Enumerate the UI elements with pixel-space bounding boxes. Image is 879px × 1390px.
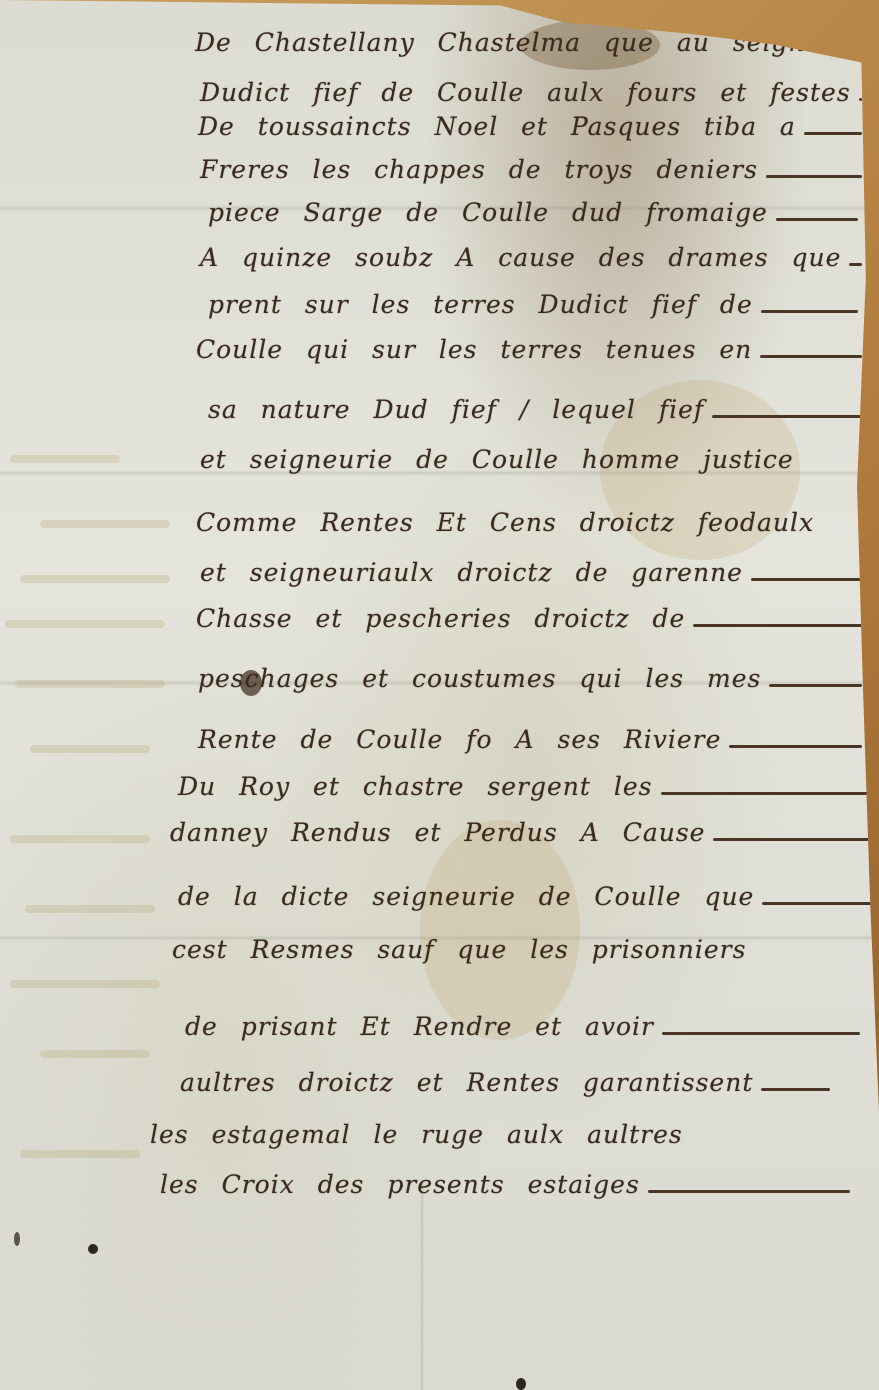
line-filler-stroke [729, 745, 862, 748]
bleed-through [5, 620, 165, 628]
bleed-through [30, 745, 150, 753]
manuscript-line: De toussaincts Noel et Pasques tiba a [198, 112, 796, 141]
manuscript-line: Freres les chappes de troys deniers [200, 155, 758, 184]
paper-hole [516, 1378, 526, 1390]
line-filler-stroke [761, 310, 858, 313]
manuscript-line: Comme Rentes Et Cens droictz feodaulx [196, 508, 814, 537]
manuscript-line: de prisant Et Rendre et avoir [185, 1012, 654, 1041]
line-filler-stroke [648, 1190, 850, 1193]
manuscript-line: prent sur les terres Dudict fief de [208, 290, 753, 319]
bleed-through [10, 455, 120, 463]
line-filler-stroke [804, 132, 862, 135]
manuscript-line: Chasse et pescheries droictz de [196, 604, 685, 633]
manuscript-line: les estagemal le ruge aulx aultres [150, 1120, 683, 1149]
line-filler-stroke [693, 624, 862, 627]
manuscript-line: A quinze soubz A cause des drames que [200, 243, 841, 272]
manuscript-line: sa nature Dud fief / lequel fief [208, 395, 704, 424]
line-filler-stroke [661, 792, 871, 795]
line-filler-stroke [762, 902, 872, 905]
manuscript-line: Coulle qui sur les terres tenues en [196, 335, 752, 364]
line-filler-stroke [760, 355, 862, 358]
manuscript-line: aultres droictz et Rentes garantissent [180, 1068, 753, 1097]
bleed-through [20, 575, 170, 583]
line-filler-stroke [713, 838, 870, 841]
paper-hole [88, 1244, 98, 1254]
paper-hole [14, 1232, 20, 1246]
manuscript-line: Rente de Coulle fo A ses Riviere [198, 725, 721, 754]
manuscript-line: Dudict fief de Coulle aulx fours et fest… [200, 78, 851, 107]
bleed-through [40, 1050, 150, 1058]
line-filler-stroke [766, 175, 862, 178]
manuscript-line: les Croix des presents estaiges [160, 1170, 640, 1199]
line-filler-stroke [776, 218, 858, 221]
manuscript-line: piece Sarge de Coulle dud fromaige [208, 198, 768, 227]
paper-crease-vertical [420, 1180, 424, 1390]
bleed-through [10, 835, 150, 843]
line-filler-stroke [859, 98, 862, 101]
bleed-through [25, 905, 155, 913]
manuscript-line: et seigneuriaulx droictz de garenne [200, 558, 743, 587]
line-filler-stroke [751, 578, 870, 581]
manuscript-line: cest Resmes sauf que les prisonniers [172, 935, 746, 964]
line-filler-stroke [769, 684, 862, 687]
bleed-through [10, 980, 160, 988]
bleed-through [20, 1150, 140, 1158]
line-filler-stroke [662, 1032, 860, 1035]
stain [420, 820, 580, 1040]
manuscript-line: danney Rendus et Perdus A Cause [170, 818, 705, 847]
manuscript-line: Du Roy et chastre sergent les [178, 772, 653, 801]
line-filler-stroke [712, 415, 862, 418]
manuscript-line: et seigneurie de Coulle homme justice [200, 445, 794, 474]
manuscript-page: De Chastellany Chastelma que au seigneur… [0, 0, 879, 1390]
bleed-through [40, 520, 170, 528]
manuscript-line: peschages et coustumes qui les mes [198, 664, 761, 693]
manuscript-line: de la dicte seigneurie de Coulle que [178, 882, 754, 911]
bleed-through [15, 680, 165, 688]
line-filler-stroke [761, 1088, 830, 1091]
line-filler-stroke [849, 263, 862, 266]
